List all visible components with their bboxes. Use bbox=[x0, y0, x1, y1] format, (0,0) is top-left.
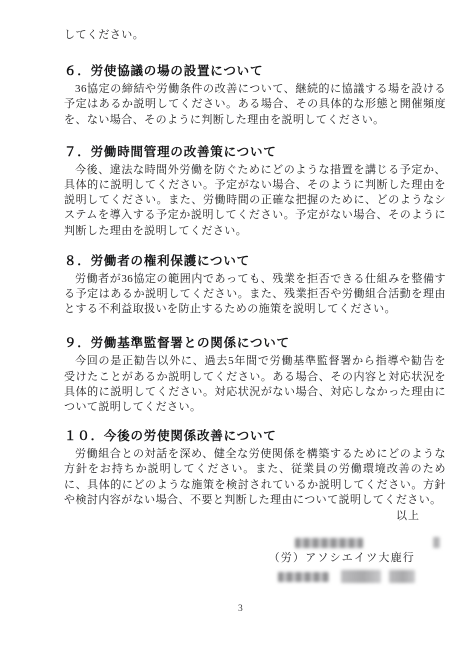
signature-block: （労）アソシエイツ大鹿行 bbox=[64, 535, 446, 584]
section-9-body: 今回の是正勧告以外に、過去5年間で労働基準監督署から指導や勧告を受けたことがある… bbox=[64, 354, 446, 415]
page-number: 3 bbox=[238, 604, 243, 614]
document-page: してください。 ６．労使協議の場の設置について 36協定の締結や労働条件の改善に… bbox=[0, 0, 454, 650]
redacted-text bbox=[389, 570, 415, 583]
section-7: ７．労働時間管理の改善策について 今後、違法な時間外労働を防ぐためにどのような措… bbox=[64, 144, 446, 239]
section-9-heading: ９．労働基準監督署との関係について bbox=[64, 335, 446, 352]
redacted-text bbox=[341, 570, 381, 583]
section-9: ９．労働基準監督署との関係について 今回の是正勧告以外に、過去5年間で労働基準監… bbox=[64, 335, 446, 415]
section-6-body: 36協定の締結や労働条件の改善について、継続的に協議する場を設ける予定はあるか説… bbox=[64, 82, 446, 128]
redacted-text bbox=[278, 572, 329, 582]
section-7-heading: ７．労働時間管理の改善策について bbox=[64, 144, 446, 161]
section-6: ６．労使協議の場の設置について 36協定の締結や労働条件の改善について、継続的に… bbox=[64, 63, 446, 128]
section-10: １０．今後の労使関係改善について 労働組合との対話を深め、健全な労使関係を構築す… bbox=[64, 428, 446, 508]
section-8: ８．労働者の権利保護について 労働者が36協定の範囲内であっても、残業を拒否でき… bbox=[64, 253, 446, 318]
signature-name: （労）アソシエイツ大鹿行 bbox=[64, 551, 446, 566]
section-6-heading: ６．労使協議の場の設置について bbox=[64, 63, 446, 80]
section-10-body: 労働組合との対話を深め、健全な労使関係を構築するためにどのような方針をお持ちか説… bbox=[64, 447, 446, 508]
section-7-body: 今後、違法な時間外労働を防ぐためにどのような措置を講じる予定か、具体的に説明して… bbox=[64, 163, 446, 239]
redacted-text bbox=[295, 538, 363, 548]
redacted-line-1 bbox=[64, 535, 446, 550]
section-8-body: 労働者が36協定の範囲内であっても、残業を拒否できる仕組みを整備する予定はあるか… bbox=[64, 272, 446, 318]
continuation-text: してください。 bbox=[64, 28, 446, 43]
redacted-line-2 bbox=[64, 569, 446, 584]
redacted-mark bbox=[433, 537, 440, 548]
section-10-heading: １０．今後の労使関係改善について bbox=[64, 428, 446, 445]
closing-text: 以上 bbox=[64, 509, 446, 524]
section-8-heading: ８．労働者の権利保護について bbox=[64, 253, 446, 270]
